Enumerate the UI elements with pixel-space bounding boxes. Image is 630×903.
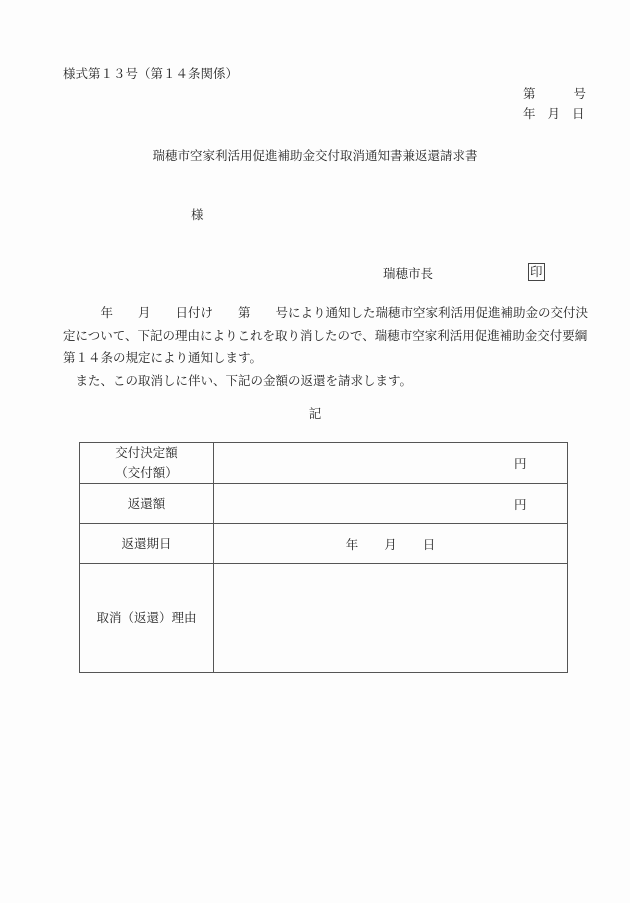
- doc-date-day: 日: [572, 104, 585, 122]
- doc-number-suffix: 号: [574, 84, 587, 102]
- grant-amount-field[interactable]: 円: [214, 443, 568, 484]
- body-paragraph-2: また、この取消しに伴い、下記の金額の返還を請求します。: [63, 370, 588, 393]
- due-month: 月: [384, 535, 397, 553]
- refund-amount-label: 返還額: [80, 484, 214, 524]
- form-number: 様式第１３号（第１４条関係）: [63, 64, 238, 82]
- label-line-1: 交付決定額: [80, 443, 213, 463]
- document-number: 第号: [523, 84, 586, 102]
- yen-unit: 円: [514, 495, 527, 513]
- document-date: 年月日: [523, 104, 585, 122]
- table-row-grant-amount: 交付決定額 （交付額） 円: [80, 443, 568, 484]
- refund-due-date-label: 返還期日: [80, 524, 214, 564]
- refund-amount-field[interactable]: 円: [214, 484, 568, 524]
- ki-heading: 記: [0, 404, 630, 422]
- refund-due-date-field[interactable]: 年 月 日: [214, 524, 568, 564]
- cancel-reason-field[interactable]: [214, 564, 568, 673]
- due-day: 日: [423, 535, 436, 553]
- table-row-cancel-reason: 取消（返還）理由: [80, 564, 568, 673]
- body-text: 年 月 日付け 第 号により通知した瑞穂市空家利活用促進補助金の交付決定について…: [63, 302, 588, 392]
- doc-date-year: 年: [523, 104, 536, 122]
- doc-date-month: 月: [548, 104, 561, 122]
- doc-number-prefix: 第: [523, 84, 536, 102]
- seal-mark: 印: [528, 263, 545, 281]
- cancel-reason-label: 取消（返還）理由: [80, 564, 214, 673]
- detail-table: 交付決定額 （交付額） 円 返還額 円 返還期日 年 月 日 取消（返還）理由: [79, 442, 568, 673]
- grant-amount-label: 交付決定額 （交付額）: [80, 443, 214, 484]
- due-year: 年: [346, 535, 359, 553]
- table-row-refund-amount: 返還額 円: [80, 484, 568, 524]
- yen-unit: 円: [514, 454, 527, 472]
- addressee-honorific: 様: [191, 205, 204, 223]
- label-line-2: （交付額）: [80, 463, 213, 483]
- issuer-name: 瑞穂市長: [383, 264, 433, 282]
- body-paragraph-1: 年 月 日付け 第 号により通知した瑞穂市空家利活用促進補助金の交付決定について…: [63, 302, 588, 370]
- table-row-refund-due-date: 返還期日 年 月 日: [80, 524, 568, 564]
- document-title: 瑞穂市空家利活用促進補助金交付取消通知書兼返還請求書: [0, 146, 630, 164]
